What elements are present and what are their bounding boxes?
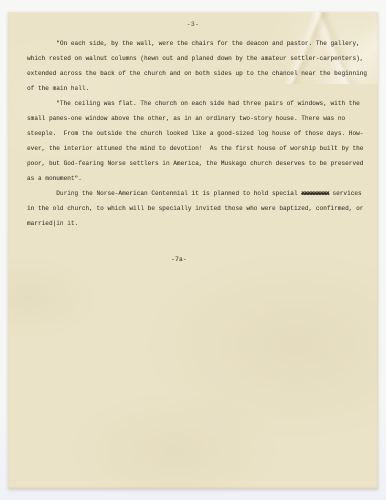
document-page: -3- "On each side, by the wall, were the… [8, 12, 378, 489]
document-body: "On each side, by the wall, were the cha… [27, 36, 373, 231]
paragraph-centennial-before: During the Norse-American Centennial it … [27, 190, 301, 197]
paragraph-ceiling: "The ceiling was flat. The church on eac… [27, 96, 373, 186]
paragraph-centennial: During the Norse-American Centennial it … [27, 186, 373, 231]
page-number-bottom: -7a- [0, 252, 364, 267]
paragraph-gallery: "On each side, by the wall, were the cha… [27, 36, 373, 96]
page-number-top: -3- [8, 17, 378, 32]
struck-out-word: xxxxxxxxx [301, 190, 329, 197]
scan-background: -3- "On each side, by the wall, were the… [0, 0, 386, 500]
